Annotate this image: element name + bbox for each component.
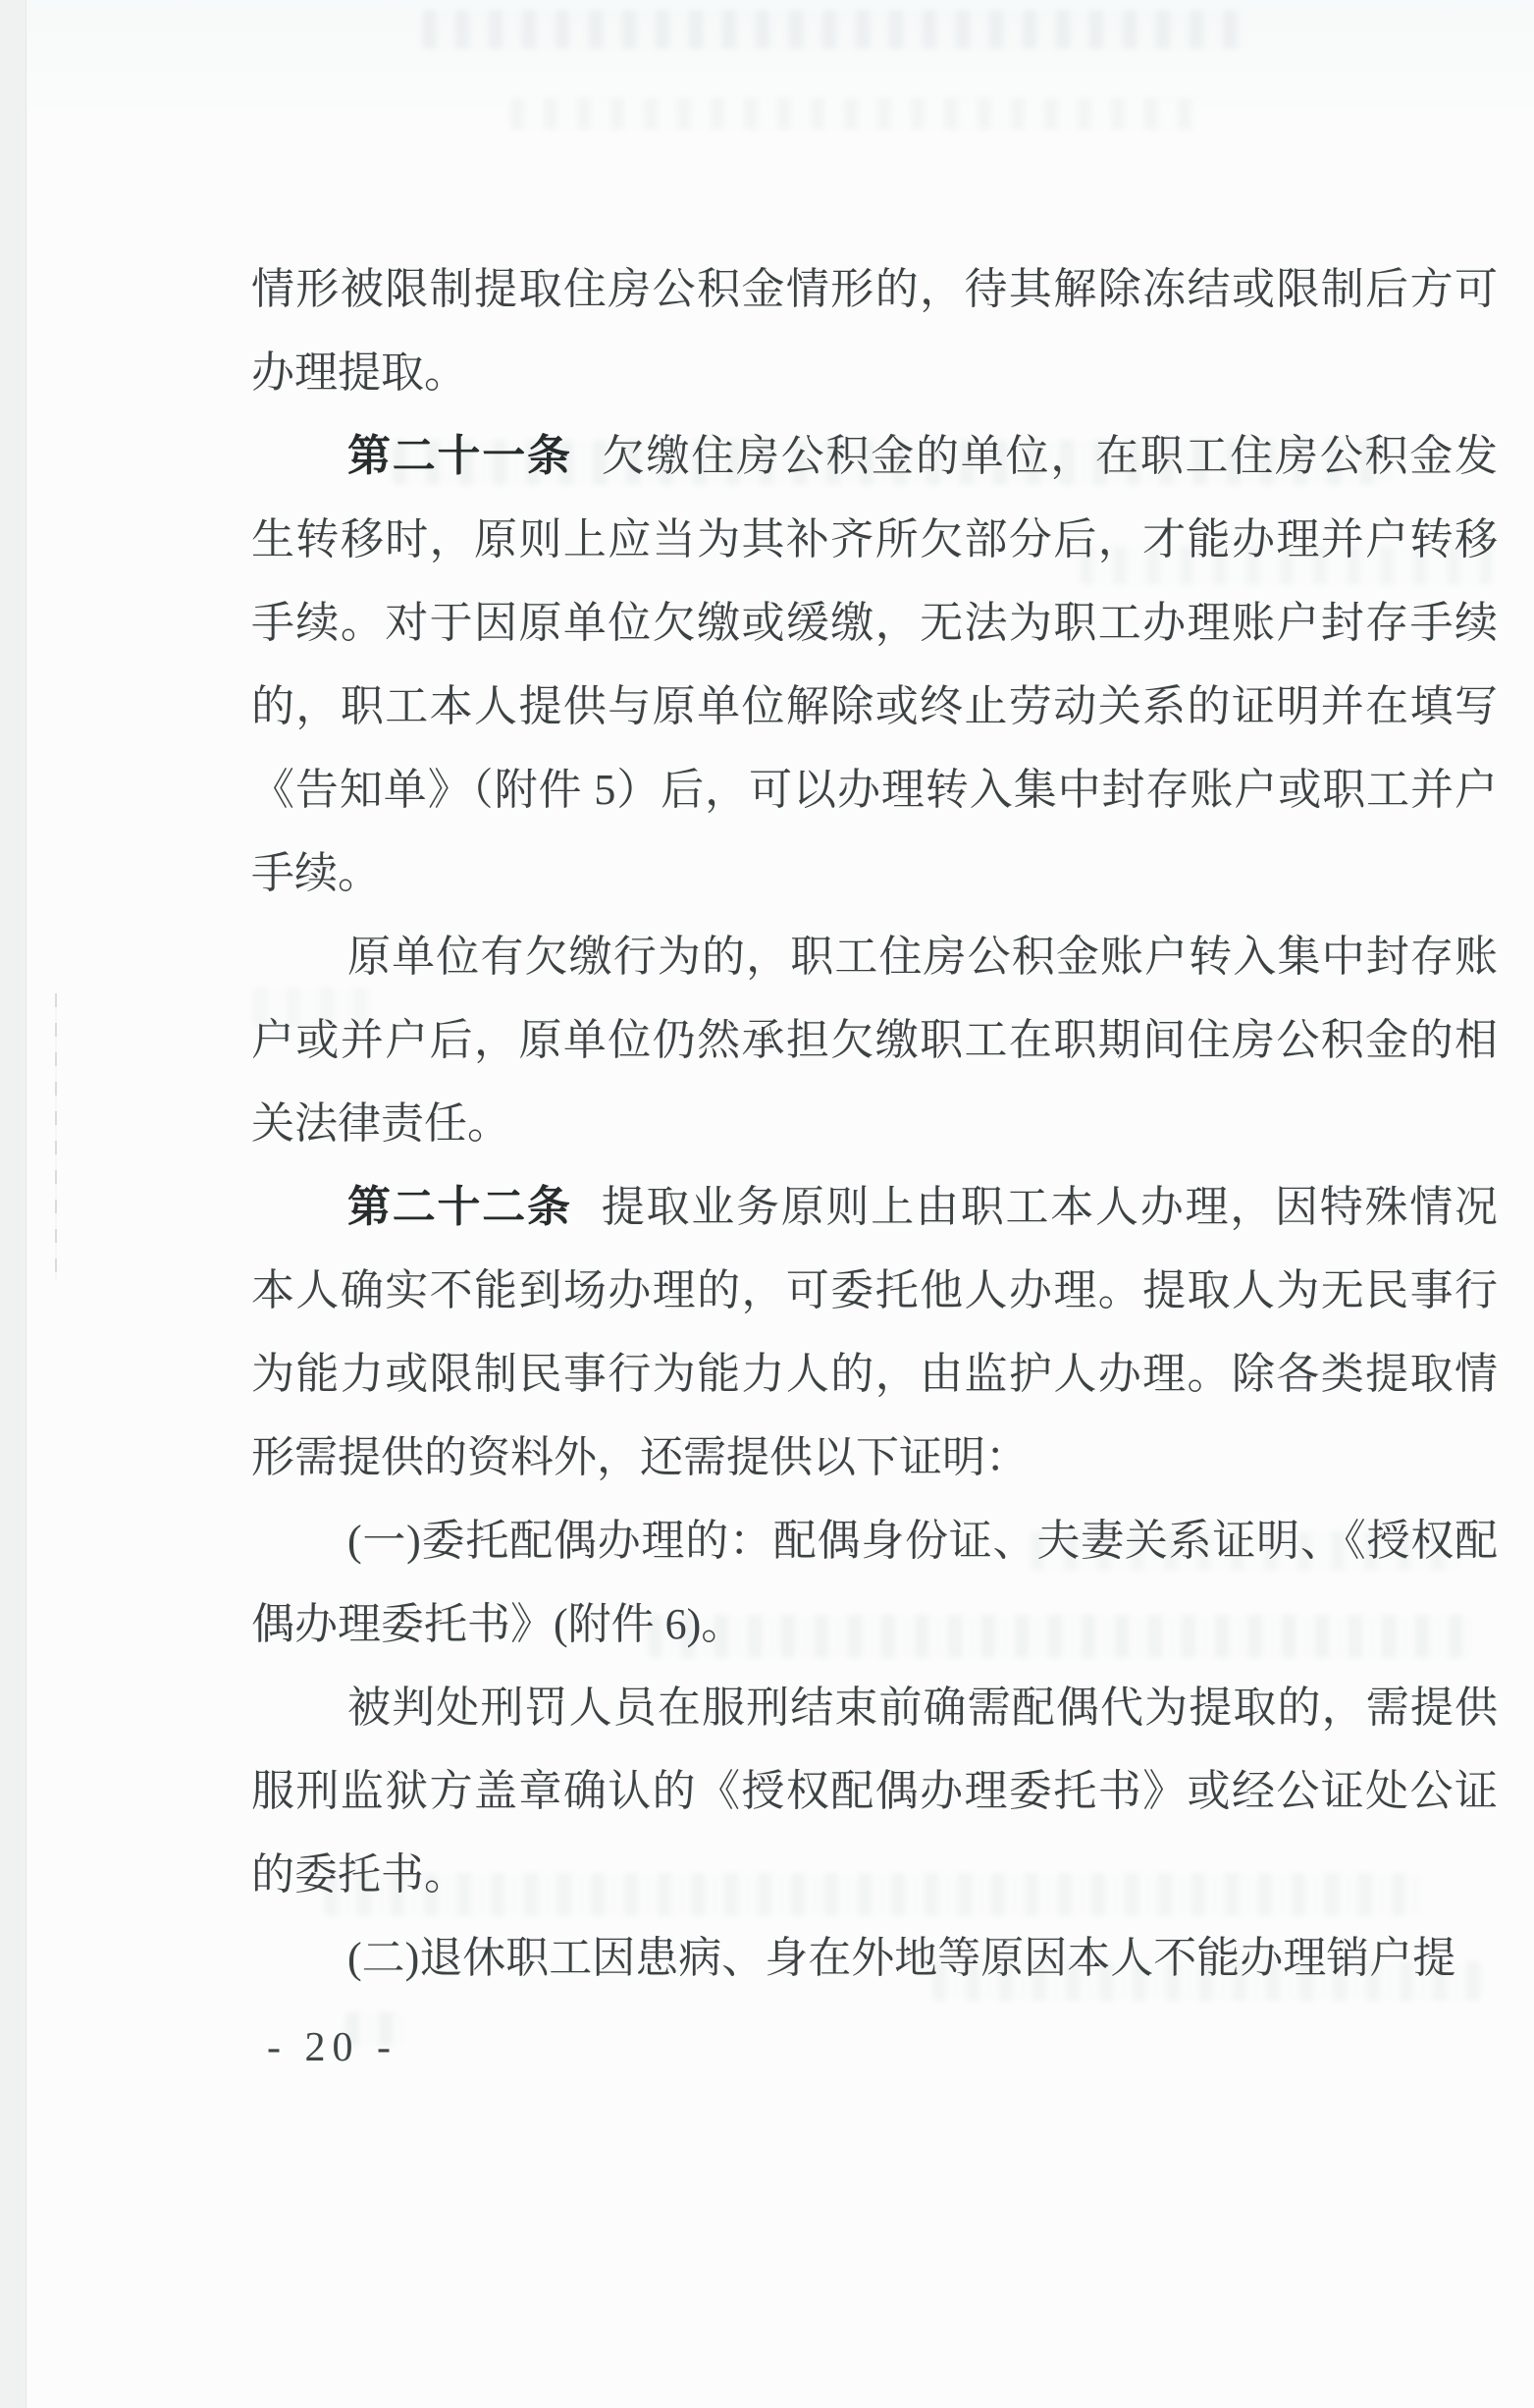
paragraph-text: 情形被限制提取住房公积金情形的，待其解除冻结或限制后方可办理提取。 — [251, 265, 1498, 397]
scan-artifact-line — [55, 993, 57, 1280]
page-number: - 20 - — [267, 2024, 397, 2071]
article-21-heading: 第二十一条 — [347, 432, 572, 480]
bleed-through-smudge — [422, 10, 1246, 49]
paragraph-item-2: (二)退休职工因患病、身在外地等原因本人不能办理销户提 — [251, 1916, 1498, 2000]
paragraph-text: 欠缴住房公积金的单位，在职工住房公积金发生转移时，原则上应当为其补齐所欠部分后，… — [251, 432, 1498, 897]
document-body: 情形被限制提取住房公积金情形的，待其解除冻结或限制后方可办理提取。 第二十一条欠… — [251, 247, 1498, 2000]
paragraph-article-22: 第二十二条提取业务原则上由职工本人办理，因特殊情况本人确实不能到场办理的，可委托… — [251, 1165, 1498, 1499]
paragraph-text: 被判处刑罚人员在服刑结束前确需配偶代为提取的，需提供服刑监狱方盖章确认的《授权配… — [251, 1684, 1498, 1899]
paragraph-article-21: 第二十一条欠缴住房公积金的单位，在职工住房公积金发生转移时，原则上应当为其补齐所… — [251, 414, 1498, 915]
paragraph-text: (二)退休职工因患病、身在外地等原因本人不能办理销户提 — [347, 1934, 1455, 1982]
paragraph-text: 原单位有欠缴行为的，职工住房公积金账户转入集中封存账户或并户后，原单位仍然承担欠… — [251, 933, 1498, 1148]
paragraph-text: (一)委托配偶办理的：配偶身份证、夫妻关系证明、《授权配偶办理委托书》(附件 6… — [251, 1517, 1498, 1648]
paragraph-liability: 原单位有欠缴行为的，职工住房公积金账户转入集中封存账户或并户后，原单位仍然承担欠… — [251, 915, 1498, 1165]
paragraph-imprisoned: 被判处刑罚人员在服刑结束前确需配偶代为提取的，需提供服刑监狱方盖章确认的《授权配… — [251, 1666, 1498, 1916]
scan-edge-shadow — [0, 0, 26, 2408]
article-22-heading: 第二十二条 — [347, 1183, 572, 1231]
scanned-document-page: 情形被限制提取住房公积金情形的，待其解除冻结或限制后方可办理提取。 第二十一条欠… — [0, 0, 1534, 2408]
bleed-through-smudge — [510, 98, 1197, 130]
paragraph-continuation: 情形被限制提取住房公积金情形的，待其解除冻结或限制后方可办理提取。 — [251, 247, 1498, 414]
paragraph-item-1: (一)委托配偶办理的：配偶身份证、夫妻关系证明、《授权配偶办理委托书》(附件 6… — [251, 1499, 1498, 1666]
